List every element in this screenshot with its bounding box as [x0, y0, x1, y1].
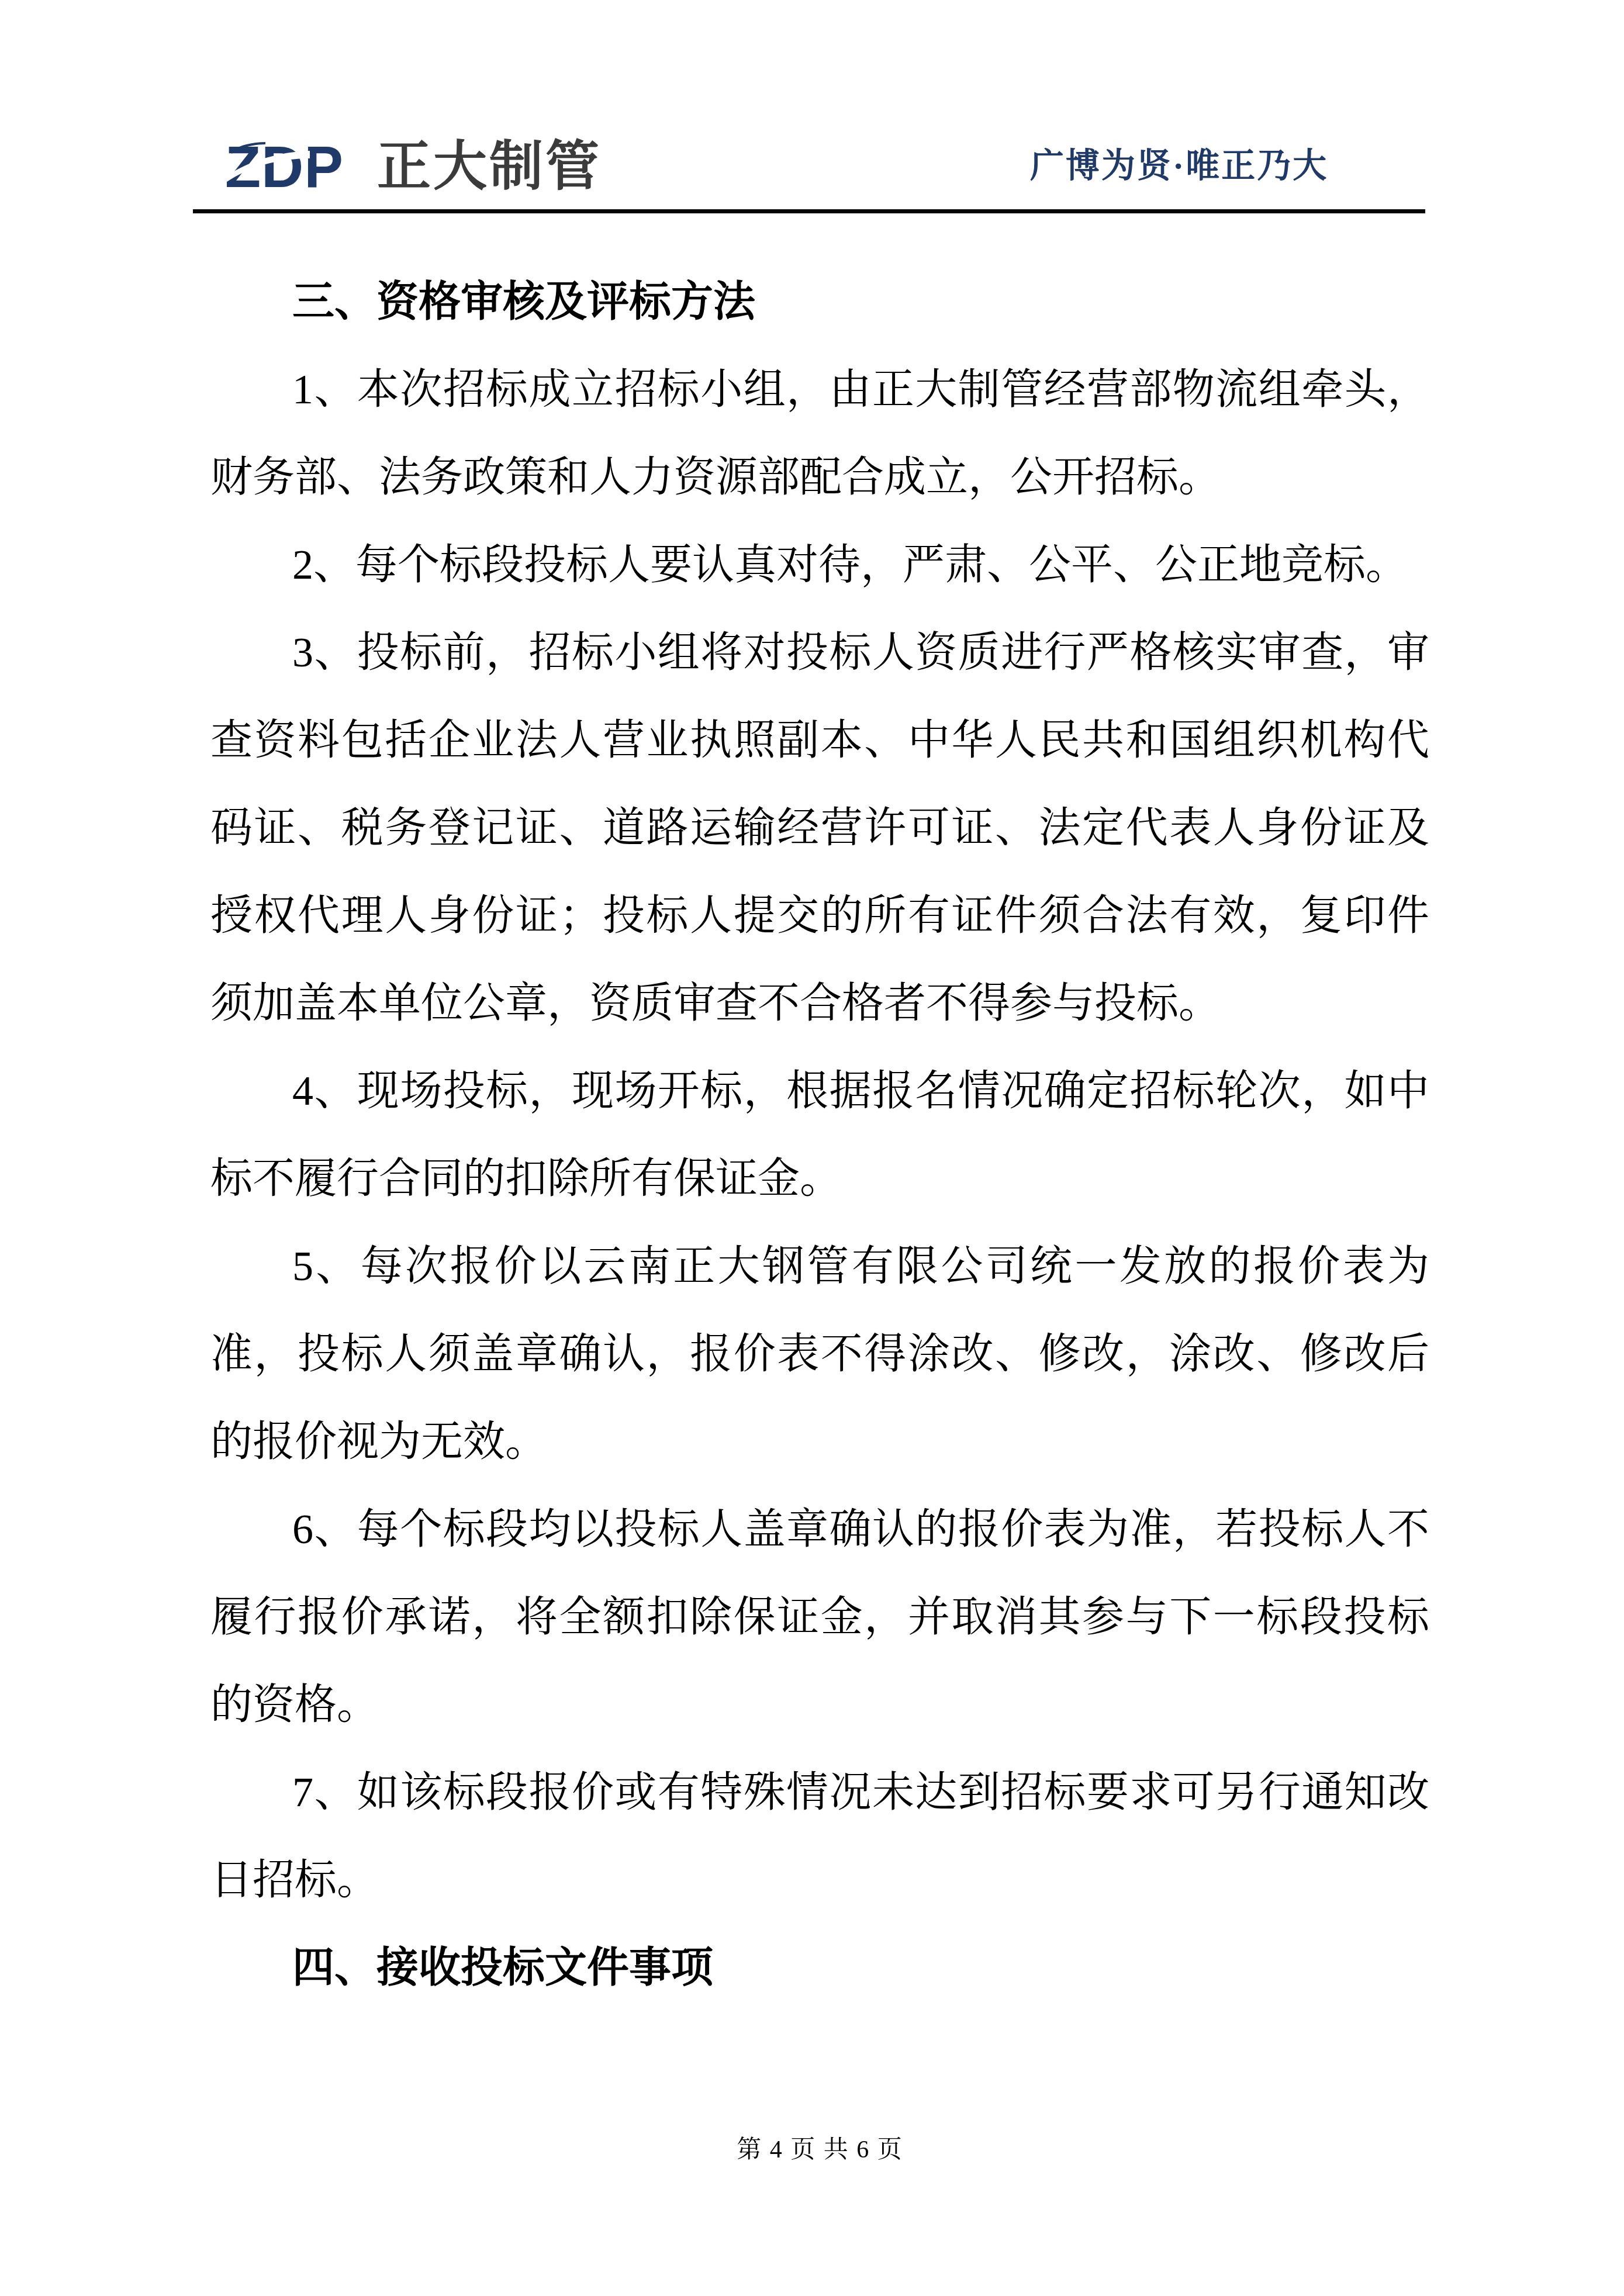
paragraph-7: 7、如该标段报价或有特殊情况未达到招标要求可另行通知改日招标。: [210, 1748, 1429, 1924]
logo-company-name: 正大制管: [377, 139, 602, 195]
document-body: 三、资格审核及评标方法 1、本次招标成立招标小组，由正大制管经营部物流组牵头，财…: [210, 258, 1429, 2011]
company-slogan: 广博为贤·唯正乃大: [1030, 145, 1357, 187]
section-heading-qualification-review: 三、资格审核及评标方法: [210, 258, 1429, 345]
paragraph-5: 5、每次报价以云南正大钢管有限公司统一发放的报价表为准，投标人须盖章确认，报价表…: [210, 1222, 1429, 1485]
paragraph-3: 3、投标前，招标小组将对投标人资质进行严格核实审查，审查资料包括企业法人营业执照…: [210, 608, 1429, 1047]
paragraph-4: 4、现场投标，现场开标，根据报名情况确定招标轮次，如中标不履行合同的扣除所有保证…: [210, 1047, 1429, 1222]
zdp-logo-text: ZDP: [227, 142, 344, 190]
paragraph-2: 2、每个标段投标人要认真对待，严肃、公平、公正地竞标。: [210, 521, 1429, 608]
header-divider: [193, 209, 1425, 213]
page-footer: 第 4 页 共 6 页: [210, 2135, 1429, 2165]
section-heading-bid-document-receipt: 四、接收投标文件事项: [210, 1924, 1429, 2011]
page-number: 第 4 页 共 6 页: [737, 2136, 903, 2163]
paragraph-1: 1、本次招标成立招标小组，由正大制管经营部物流组牵头，财务部、法务政策和人力资源…: [210, 345, 1429, 521]
zdp-logo: ZDP: [227, 142, 358, 190]
paragraph-6: 6、每个标段均以投标人盖章确认的报价表为准，若投标人不履行报价承诺，将全额扣除保…: [210, 1485, 1429, 1748]
document-page: ZDP 正大制管 广博为贤·唯正乃大 三、资格审核及评标方法 1、本次招标成立招…: [0, 0, 1624, 2296]
